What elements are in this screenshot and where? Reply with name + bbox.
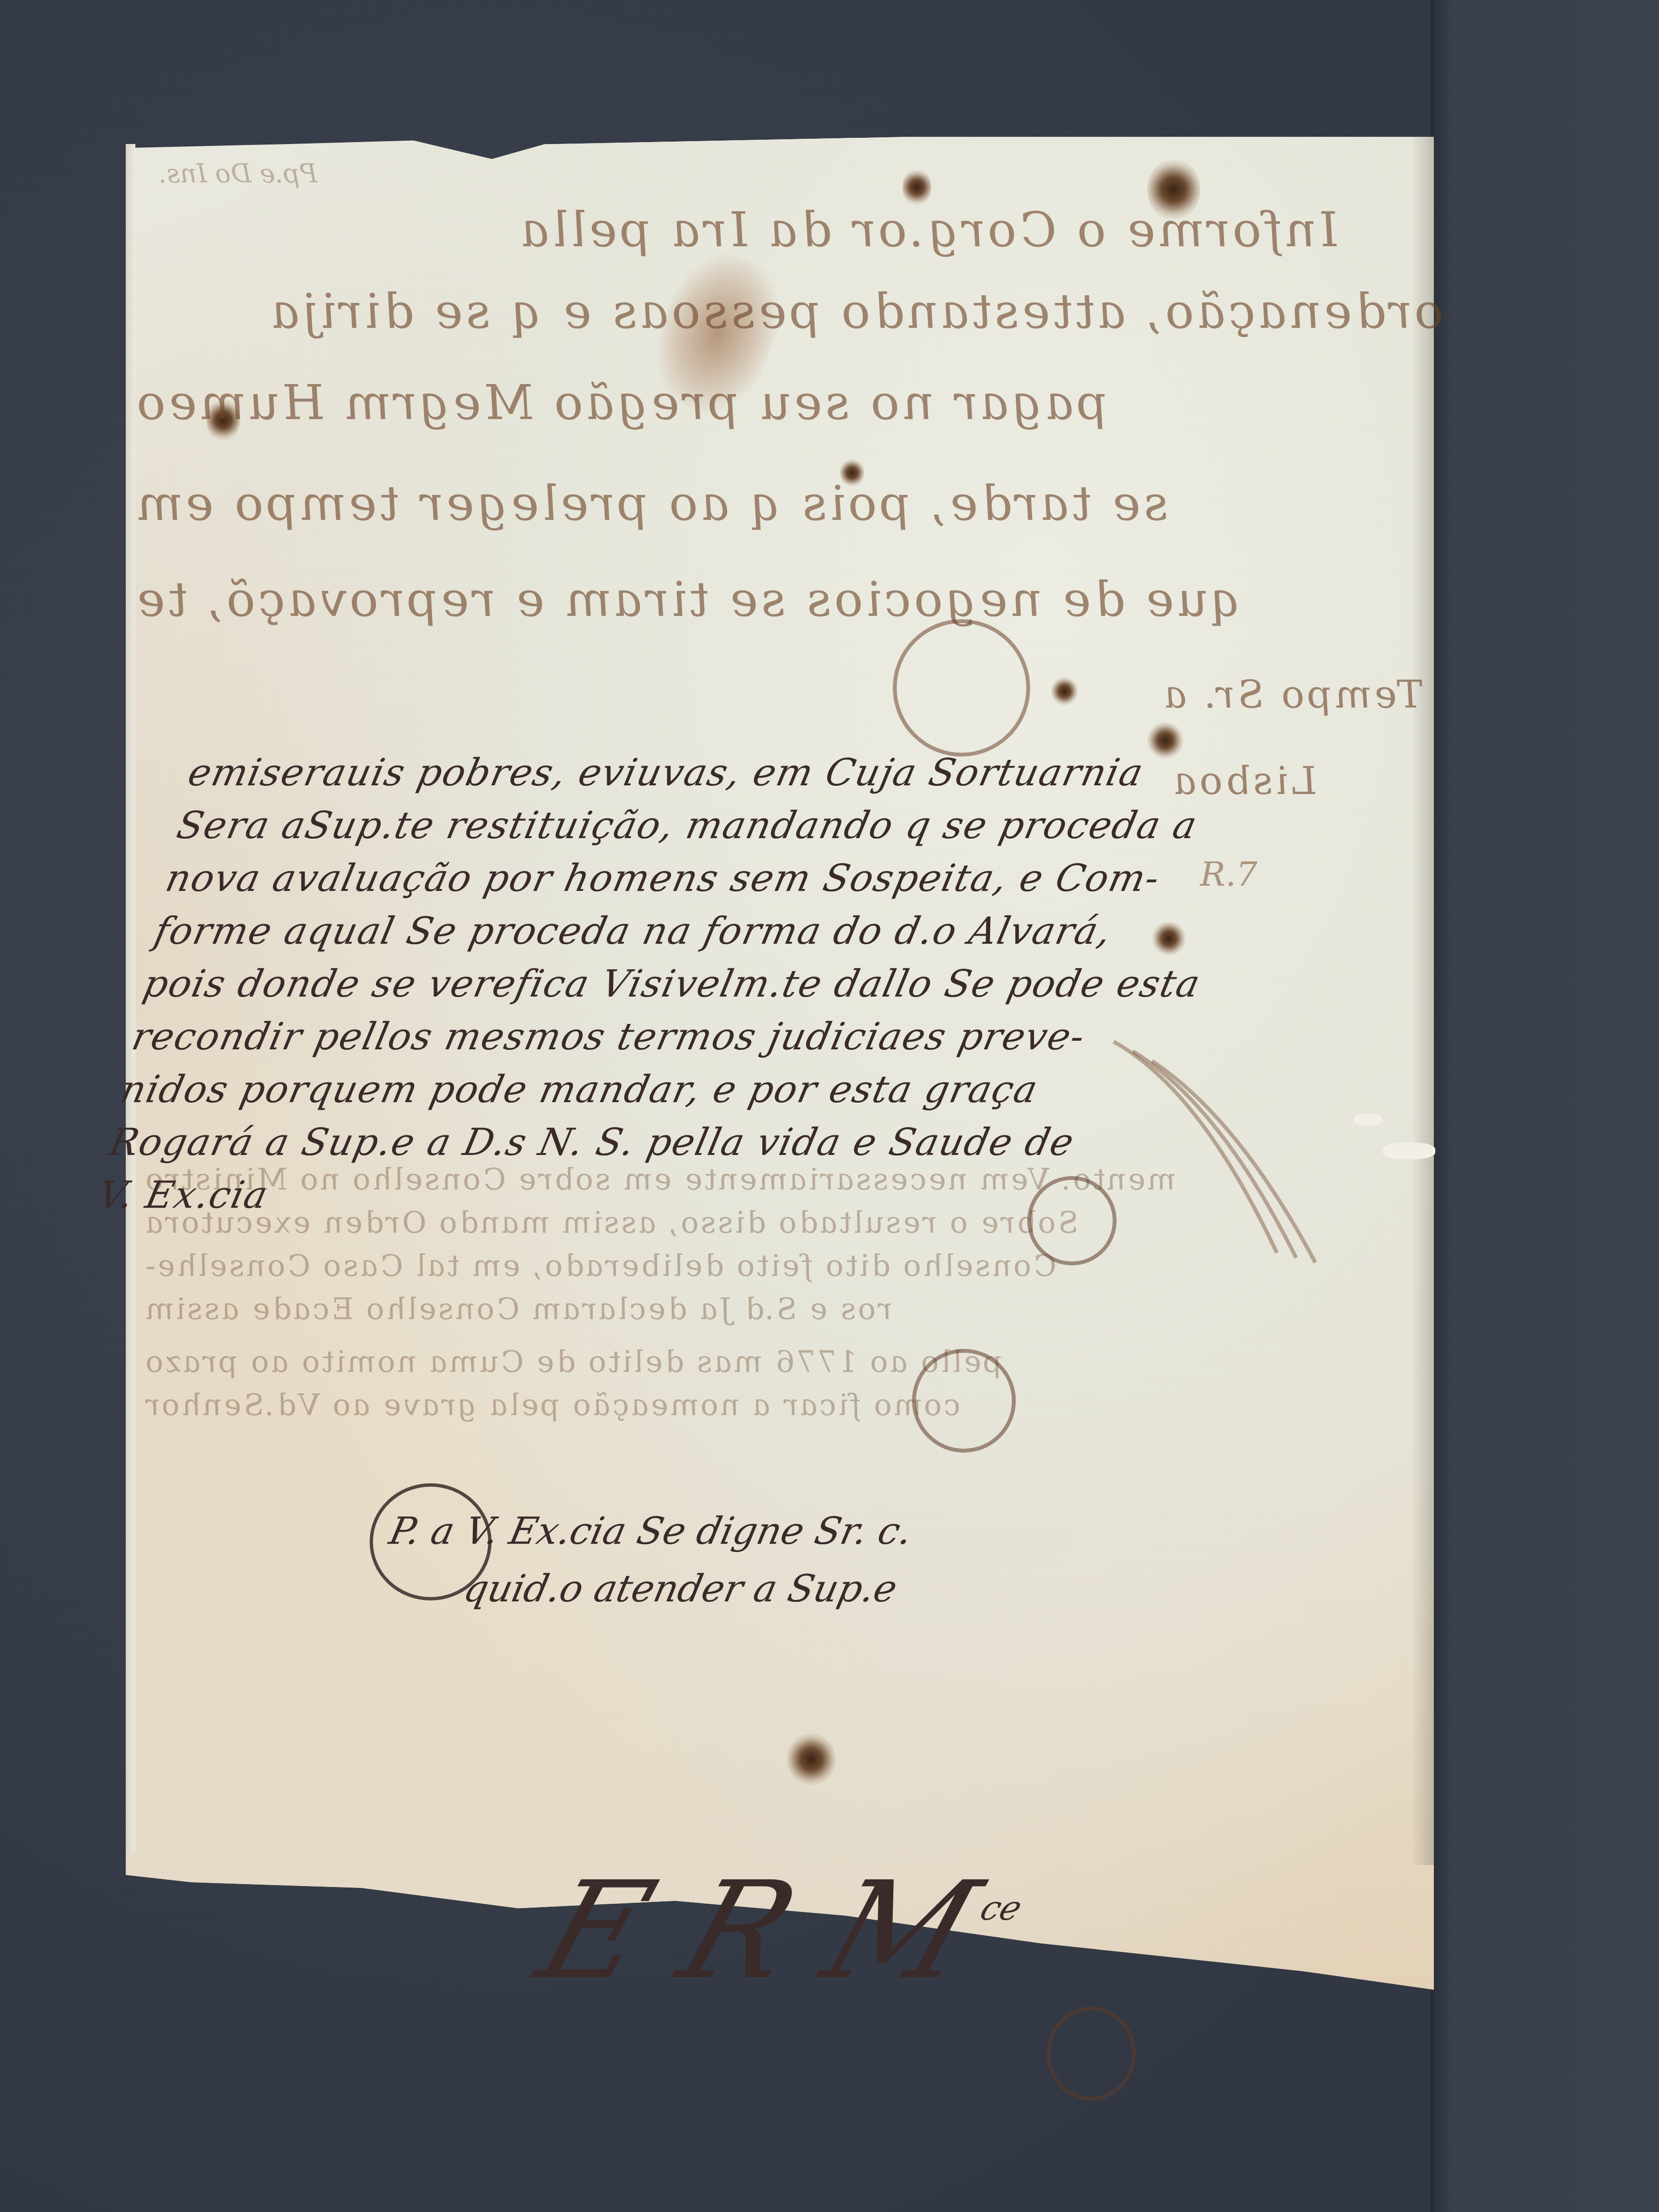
foxing-stain [787, 1733, 835, 1786]
bleed-line: ros e S.d Ja declaram Conselho Ecade ass… [141, 1291, 896, 1326]
text-line: Sera aSup.te restituição, mandando q se … [172, 799, 1181, 852]
text-line: nova avaluação por homens sem Sospeita, … [161, 852, 1170, 905]
page-left-fold [126, 144, 135, 1853]
bleed-flourish [1046, 2007, 1136, 2101]
text-line: pois donde se verefica Visivelm.te dallo… [138, 958, 1148, 1010]
page-right-edge [1411, 137, 1434, 1865]
text-line: V. Ex.cia [94, 1169, 1103, 1222]
bleed-line: Conselho dito feito deliberado, em tal C… [141, 1248, 1060, 1283]
paper-damage [1354, 1114, 1382, 1126]
main-text-block: emiserauis pobres, eviuvas, em Cuja Sort… [94, 746, 1193, 1222]
text-line: Rogará a Sup.e a D.s N. S. pella vida e … [105, 1116, 1114, 1169]
bleed-line: que de negocios se tiram e reprovaçõ, te [131, 571, 1246, 627]
text-line: nidos porquem pode mandar, e por esta gr… [116, 1063, 1126, 1116]
text-line: emiserauis pobres, eviuvas, em Cuja Sort… [183, 746, 1193, 799]
paper-damage [1382, 1142, 1435, 1159]
bleed-flourish [912, 1349, 1016, 1453]
bleed-stroke-lines [1104, 1032, 1344, 1272]
signature-text: E R M [522, 1853, 995, 2009]
bleed-line: Informe o Corg.or da Ira pella [515, 202, 1342, 258]
foxing-stain [902, 168, 931, 206]
bleed-line: pagar no seu pregão Megrm Humeo [131, 374, 1112, 431]
bleed-line: como ficar a nomeação pela grave ao Vd.S… [141, 1387, 964, 1422]
margin-mark: R.7 [1200, 854, 1258, 894]
text-line: forme aqual Se proceda na forma do d.o A… [150, 905, 1159, 958]
bleed-line: Tempo Sr. a [1158, 672, 1426, 717]
foxing-stain [1051, 677, 1078, 706]
frame-right-edge [1431, 0, 1659, 2212]
signature: E R Mce [522, 1853, 1038, 2009]
foxing-stain [1152, 922, 1186, 955]
text-line: recondir pellos mesmos termos judiciaes … [127, 1010, 1137, 1063]
bleed-line: pello ao 1776 mas delito de Cuma nomito … [141, 1344, 1006, 1379]
bleed-line: ordenação, attestando pessoas e q se dir… [265, 283, 1448, 339]
bleed-flourish [893, 619, 1030, 757]
bleed-corner-note: Pp.e Do Ins. [158, 158, 317, 189]
bleed-line: se tarde, pois q ao preleger tempo em [131, 475, 1173, 531]
bleed-line: Lisboa [1168, 758, 1320, 803]
closing-flourish [370, 1483, 492, 1600]
